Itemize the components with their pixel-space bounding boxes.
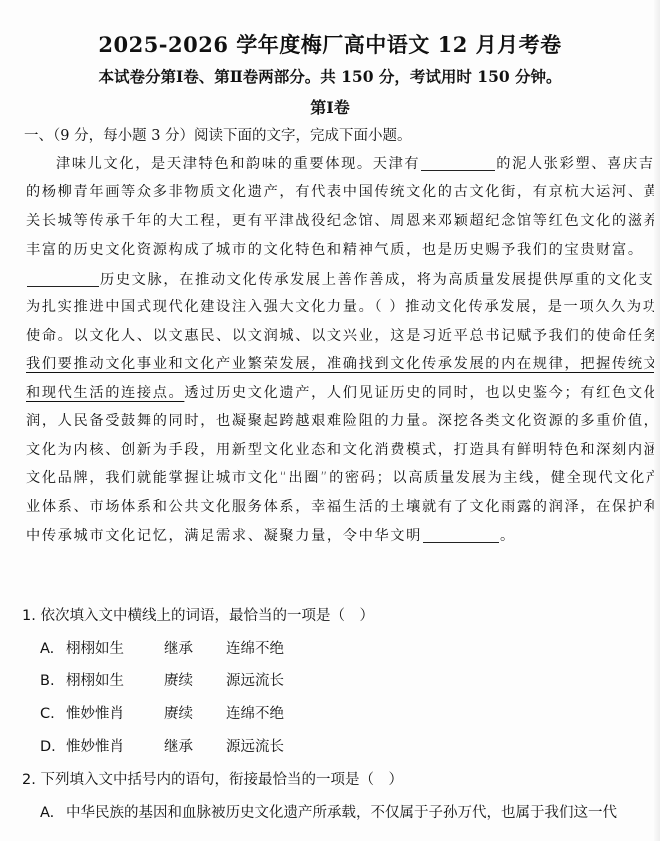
- passage-line-1: 津味儿文化，是天津特色和韵味的重要体现。天津有的泥人张彩塑、喜庆吉祥: [56, 156, 660, 171]
- exam-title: 2025-2026 学年度梅厂高中语文 12 月月考卷: [0, 34, 660, 55]
- option-word: 惟妙惟肖: [66, 740, 164, 755]
- q1-option-b[interactable]: B.栩栩如生赓续源远流长: [40, 674, 284, 689]
- passage-text: 的泥人张彩塑、喜庆吉祥: [496, 156, 660, 172]
- underlined-sentence: 我们要推动文化事业和文化产业繁荣发展，准确找到文化传承发展的内在规律，把握传统文…: [26, 356, 660, 372]
- passage-line-14: 中传承城市文化记忆，满足需求、凝聚力量，令中华文明。: [26, 528, 516, 543]
- passage-line-8: 我们要推动文化事业和文化产业繁荣发展，准确找到文化传承发展的内在规律，把握传统文…: [26, 357, 660, 371]
- option-word: 赓续: [164, 707, 226, 722]
- option-label: B.: [40, 674, 66, 689]
- q1-option-d[interactable]: D.惟妙惟肖继承源远流长: [40, 740, 284, 755]
- option-word: 继承: [164, 642, 226, 657]
- fill-blank-3: [423, 528, 499, 543]
- passage-line-11: 文化为内核、创新为手段，用新型文化业态和文化消费模式，打造具有鲜明特色和深刻内涵…: [26, 443, 660, 457]
- question-2: 2. 下列填入文中括号内的语句，衔接最恰当的一项是（ ）: [22, 773, 403, 788]
- passage-line-6: 为扎实推进中国式现代化建设注入强大文化力量。（ ）推动文化传承发展，是一项久久为…: [26, 300, 660, 314]
- passage-text: 津味儿文化，是天津特色和韵味的重要体现。天津有: [56, 156, 420, 172]
- passage-line-10: 润，人民备受鼓舞的同时，也凝聚起跨越艰难险阻的力量。深挖各类文化资源的多重价值，…: [26, 414, 660, 428]
- underlined-sentence: 和现代生活的连接点。: [26, 385, 184, 401]
- option-word: 赓续: [164, 674, 226, 689]
- passage-text: 透过历史文化遗产，人们见证历史的同时，也以史鉴今；有红色文化浸: [184, 385, 660, 401]
- fill-blank-2: [27, 272, 99, 287]
- q1-option-c[interactable]: C.惟妙惟肖赓续连绵不绝: [40, 707, 284, 722]
- question-stem: 依次填入文中横线上的词语，最恰当的一项是（ ）: [40, 608, 374, 624]
- q1-option-a[interactable]: A.栩栩如生继承连绵不绝: [40, 642, 284, 657]
- passage-text: 中传承城市文化记忆，满足需求、凝聚力量，令中华文明: [26, 528, 422, 544]
- passage-line-12: 文化品牌，我们就能掌握让城市文化“出圈”的密码；以高质量发展为主线，健全现代文化…: [26, 471, 660, 485]
- passage-line-2: 的杨柳青年画等众多非物质文化遗产，有代表中国传统文化的古文化街，有京杭大运河、黄…: [26, 185, 660, 199]
- passage-line-9: 和现代生活的连接点。透过历史文化遗产，人们见证历史的同时，也以史鉴今；有红色文化…: [26, 386, 660, 400]
- question-number: 1.: [22, 608, 36, 624]
- passage-line-13: 业体系、市场体系和公共文化服务体系，幸福生活的土壤就有了文化雨露的润泽，在保护利…: [26, 500, 660, 514]
- fill-blank-1: [421, 156, 495, 171]
- part-label: 第Ⅰ卷: [0, 100, 660, 116]
- passage-text: 。: [500, 528, 516, 544]
- exam-page: 2025-2026 学年度梅厂高中语文 12 月月考卷 本试卷分第Ⅰ卷、第Ⅱ卷两…: [0, 0, 660, 841]
- option-label: A.: [40, 806, 66, 821]
- option-label: D.: [40, 740, 66, 755]
- option-label: A.: [40, 642, 66, 657]
- option-word: 惟妙惟肖: [66, 707, 164, 722]
- passage-line-7: 使命。以文化人、以文惠民、以文润城、以文兴业，这是习近平总书记赋予我们的使命任务…: [26, 329, 660, 343]
- option-word: 连绵不绝: [226, 641, 284, 657]
- option-label: C.: [40, 707, 66, 722]
- option-word: 继承: [164, 740, 226, 755]
- option-word: 栩栩如生: [66, 642, 164, 657]
- option-word: 连绵不绝: [226, 706, 284, 722]
- option-word: 栩栩如生: [66, 674, 164, 689]
- q2-option-a[interactable]: A.中华民族的基因和血脉被历史文化遗产所承载，不仅属于子孙万代，也属于我们这一代: [40, 806, 617, 821]
- passage-line-5: 历史文脉，在推动文化传承发展上善作善成，将为高质量发展提供厚重的文化支撑，: [26, 272, 660, 287]
- option-word: 源远流长: [226, 739, 284, 755]
- passage-line-3: 关长城等传承千年的大工程，更有平津战役纪念馆、周恩来邓颖超纪念馆等红色文化的滋养…: [26, 214, 660, 228]
- passage-text: 历史文脉，在推动文化传承发展上善作善成，将为高质量发展提供厚重的文化支撑，: [100, 272, 660, 288]
- question-number: 2.: [22, 772, 36, 788]
- option-text: 中华民族的基因和血脉被历史文化遗产所承载，不仅属于子孙万代，也属于我们这一代: [66, 805, 617, 821]
- scan-edge-shadow: [654, 0, 660, 841]
- question-stem: 下列填入文中括号内的语句，衔接最恰当的一项是（ ）: [40, 772, 403, 788]
- option-word: 源远流长: [226, 673, 284, 689]
- exam-instructions: 本试卷分第Ⅰ卷、第Ⅱ卷两部分。共 150 分，考试用时 150 分钟。: [0, 69, 660, 85]
- question-1: 1. 依次填入文中横线上的词语，最恰当的一项是（ ）: [22, 609, 374, 624]
- passage-line-4: 丰富的历史文化资源构成了城市的文化特色和精神气质，也是历史赐予我们的宝贵财富。: [26, 243, 644, 257]
- section-heading: 一、（9 分，每小题 3 分）阅读下面的文字，完成下面小题。: [24, 129, 412, 144]
